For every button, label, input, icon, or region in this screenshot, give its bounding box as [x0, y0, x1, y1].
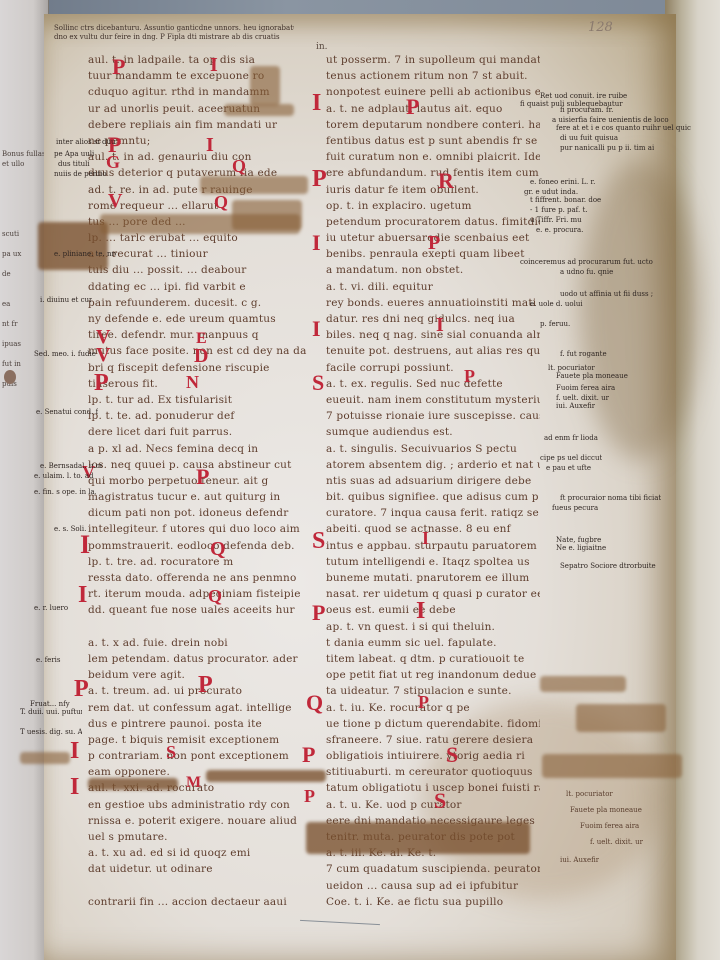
text-line: fuit curatum non e. omnibi plaicrit. Ide… [310, 149, 540, 165]
text-line: ope petit fiat ut reg inandonum dedue [310, 667, 540, 683]
initial-letter: I [312, 316, 321, 342]
marginal-gloss: u Tiffr. Fri. mu [530, 216, 582, 225]
text-line: benibs. penraula exepti quam libeet [310, 246, 540, 262]
text-line: magistratus tucur e. aut quiturg in [72, 489, 312, 505]
text-line: stitiuaburti. m cereurator quotioquus [310, 764, 540, 780]
marginal-gloss: cipe ps uel diccut [540, 454, 602, 463]
marginal-gloss: e. fin. s ope. in la. d [34, 488, 96, 497]
text-line: buneme mutati. pnarutorem ee illum [310, 570, 540, 586]
marginal-gloss: e pau et ufte [546, 464, 591, 473]
marginal-gloss: e. pliniane. te. nre [54, 250, 116, 259]
text-line: bit. quibus signifiee. que adisus cum p [310, 489, 540, 505]
initial-letter: P [94, 370, 109, 397]
facing-page-gloss: ipuas [2, 340, 44, 349]
text-line: a. t. vi. dili. equitur [310, 279, 540, 295]
marginal-gloss: pe Apa uuli [54, 150, 94, 159]
marginal-gloss: pur nanicalli pu p ii. tim ai [560, 144, 654, 153]
text-line: pain refuunderem. ducesit. c g. [72, 295, 312, 311]
marginal-gloss: Fuoim ferea aira [556, 384, 615, 393]
initial-letter: I [70, 774, 79, 801]
initial-letter: I [312, 230, 321, 256]
initial-letter: I [206, 134, 214, 157]
marginal-gloss: iui. Auxefir [556, 402, 595, 411]
initial-letter: N [186, 372, 199, 393]
text-line: tenuite pot. destruens, aut alias res qu… [310, 343, 540, 359]
top-note-line: Sollinc ctrs dicebanturu. Assuntio ganti… [54, 24, 294, 33]
erasure-smudge [38, 222, 108, 270]
text-line: a. t. xu ad. ed si id quoqz emi [72, 845, 312, 861]
text-line: ere abfundandum. rud fentis item cum [310, 165, 540, 181]
marginal-gloss: e. s. Soli. [54, 525, 86, 534]
top-note-line: dno ex vultu dur feire in dng. P Fipla d… [54, 33, 294, 42]
text-line: tenus actionem ritum non 7 st abuit. [310, 68, 540, 84]
text-line: lem petendam. datus procurator. ader [72, 651, 312, 667]
facing-page-gloss: Bonus fullas [2, 150, 44, 159]
facing-page-gloss: de [2, 270, 44, 279]
text-line: beidum vere agit. [72, 667, 312, 683]
text-line: titem labeat. q dtm. p curatiouoit te [310, 651, 540, 667]
marginal-gloss: e. foneo erini. L. r. [530, 178, 595, 187]
marginal-gloss: e. Bernsadal. u.or [40, 462, 102, 471]
initial-letter: I [70, 738, 79, 765]
text-line: ue tione p dictum querendabite. fidomisi [310, 716, 540, 732]
marginal-gloss: Fauete pla moneaue [556, 372, 628, 381]
text-line: 7 potuisse rionaie iure suscepisse. caus… [310, 408, 540, 424]
marginal-gloss: iui. Auxefir [560, 856, 599, 865]
marginal-gloss: i. diuinu et cur [40, 296, 92, 305]
erasure-smudge [20, 752, 70, 764]
text-line: qui morbo perpetuo teneur. ait g [72, 473, 312, 489]
text-line: a. t. singulis. Secuivuarios S pectu [310, 441, 540, 457]
text-line: dus e pintrere paunoi. posta ite [72, 716, 312, 732]
marginal-gloss: Fuoim ferea aira [580, 822, 639, 831]
initial-letter: Q [232, 156, 246, 177]
text-line: datur. res dni neq gidulcs. neq iua [310, 311, 540, 327]
initial-letter: I [210, 54, 218, 77]
marginal-gloss: f. fut rogante [560, 350, 607, 359]
text-line: lp. t. tre. ad. rocuratore m [72, 554, 312, 570]
text-line: nonpotest euinere pelli ab actionibus ex… [310, 84, 540, 100]
marginal-gloss: ad enm fr lioda [544, 434, 598, 443]
initial-letter: P [74, 676, 89, 703]
marginal-gloss: Ne e. ligiaitne [556, 544, 606, 553]
text-line: a. t. u. Ke. uod p curator [310, 797, 540, 813]
marginal-gloss: dus tituli [58, 160, 90, 169]
text-line: Coe. t. i. Ke. ae fictu sua pupillo [310, 894, 540, 910]
text-line: atorem absentem dig. ; arderio et nat uo… [310, 457, 540, 473]
marginal-gloss: fueus pecura [552, 504, 598, 513]
text-line: uel s pmutare. [72, 829, 312, 845]
marginal-gloss: lt. pocuriator [566, 790, 613, 799]
initial-letter: P [198, 672, 213, 699]
marginal-gloss: uodo ut affinia ut fii duss ; [560, 290, 653, 299]
text-line: a p. xl ad. Necs femina decq in [72, 441, 312, 457]
text-line: rt. iterum mouda. adpeciniam fisteipie [72, 586, 312, 602]
erasure-smudge [224, 104, 294, 116]
initial-letter: S [312, 528, 325, 555]
marginal-gloss: e. r. luero [34, 604, 68, 613]
initial-letter: S [312, 370, 324, 396]
text-line: rey bonds. eueres annuatioinstiti mati [310, 295, 540, 311]
text-line: t dania eumm sic uel. fapulate. [310, 635, 540, 651]
top-margin-note: Sollinc ctrs dicebanturu. Assuntio ganti… [54, 24, 294, 42]
initial-letter: I [436, 314, 444, 337]
text-line: a mandatum. non obstet. [310, 262, 540, 278]
text-line: dere licet dari fuit parrus. [72, 424, 312, 440]
text-line: a. t. treum. ad. ui procurato [72, 683, 312, 699]
text-line: op. t. in explaciro. ugetum [310, 198, 540, 214]
facing-page-gloss: ea [2, 300, 44, 309]
erasure-smudge [206, 770, 326, 782]
text-line: a. t. ex. regulis. Sed nuc defette [310, 376, 540, 392]
erasure-smudge [542, 754, 682, 778]
facing-page-gloss: fut in [2, 360, 44, 369]
text-line: ny defende e. ede ureum quamtus [72, 311, 312, 327]
initial-letter: P [312, 166, 327, 193]
marginal-gloss: Sepatro Sociore dtrorbuite [560, 562, 656, 571]
marginal-gloss: Sed. meo. i. fudie. itas [34, 350, 96, 359]
erasure-smudge [232, 200, 302, 230]
ink-blot [4, 370, 16, 384]
text-line: page. t biquis remisit exceptionem [72, 732, 312, 748]
initial-letter: P [418, 692, 429, 713]
initial-letter: V [108, 190, 122, 213]
edge-stain [580, 160, 700, 460]
erasure-smudge [200, 176, 308, 194]
text-line: ressta dato. offerenda ne ans penmno [72, 570, 312, 586]
text-line: ueidon ... causa sup ad ei ipfubitur [310, 878, 540, 894]
marginal-gloss: Fauete pla moneaue [570, 806, 642, 815]
text-line: a. t. x ad. fuie. drein nobi [72, 635, 312, 651]
initial-letter: I [422, 528, 429, 549]
folio-number: 128 [588, 20, 613, 35]
text-line: pommstrauerit. eodloco defenda deb. [72, 538, 312, 554]
marginal-gloss: ft procuraior noma tibi ficiat [560, 494, 661, 503]
initial-letter: P [312, 600, 325, 626]
initial-letter: S [434, 788, 446, 814]
marginal-gloss: f. uelt. dixit. ur [590, 838, 643, 847]
text-line: dat uidetur. ut odinare [72, 861, 312, 877]
marginal-gloss: T. duii. uui. puftum [20, 708, 82, 717]
initial-letter: Q [208, 586, 222, 607]
text-line: contrarii fin ... accion dectaeur aaui [72, 894, 312, 910]
initial-letter: P [428, 232, 440, 255]
initial-letter: I [78, 582, 87, 609]
text-line: debere repliais ain fim mandati ur [72, 117, 312, 133]
text-line: los. neq quuei p. causa abstineur cut [72, 457, 312, 473]
marginal-gloss: e. e. procura. [536, 226, 583, 235]
text-line: tuis diu ... possit. ... deabour [72, 262, 312, 278]
initial-letter: S [166, 742, 176, 763]
initial-letter: I [416, 598, 425, 625]
erasure-smudge [576, 704, 666, 732]
erasure-smudge [540, 676, 626, 692]
marginal-gloss: e. ulaim. l. to. ad [34, 472, 94, 481]
initial-letter: P [464, 366, 475, 387]
text-line: intellegiteur. f utores qui duo loco aim [72, 521, 312, 537]
initial-letter: Q [306, 690, 323, 716]
text-line: rem dat. ut confessum agat. intellige [72, 700, 312, 716]
text-line [72, 619, 312, 635]
text-line: sumque audiendus est. [310, 424, 540, 440]
marginal-gloss: a udno fu. qnie [560, 268, 613, 277]
initial-letter: G [106, 152, 120, 173]
erasure-smudge [88, 778, 178, 790]
text-line: a. t. ne adplaut. lautus ait. equo [310, 101, 540, 117]
text-line [72, 878, 312, 894]
text-line: fentibus datus est p sunt abendis fr se … [310, 133, 540, 149]
erasure-smudge [306, 822, 530, 854]
erasure-smudge [250, 66, 280, 106]
marginal-gloss: t fiffrent. bonar. doe [530, 196, 601, 205]
text-line: obligatiois intiuirere. ytorig aedia ri [310, 748, 540, 764]
initial-letter: Q [214, 192, 228, 213]
text-line: iu utetur abuersaredie scenbaius eet [310, 230, 540, 246]
text-line: iuris datur fe item obuilent. [310, 182, 540, 198]
text-line: ntis suas ad adsuarium dirigere debe [310, 473, 540, 489]
text-line: lp. t. te. ad. ponuderur def [72, 408, 312, 424]
text-line: curatore. 7 inqua causa ferit. ratiqz se [310, 505, 540, 521]
text-line: dicum pati non pot. idoneus defendr [72, 505, 312, 521]
marginal-gloss: e. feris [36, 656, 61, 665]
initial-letter: S [446, 742, 458, 768]
text-line: tutum intelligendi e. Itaqz spoltea us [310, 554, 540, 570]
text-line: eueuit. nam inem constitutum mysterium f… [310, 392, 540, 408]
text-line: en gestioe ubs administratio rdy con [72, 797, 312, 813]
marginal-gloss: p. feruu. [540, 320, 570, 329]
marginal-gloss: coinceremus ad procurarum fut. ucto [520, 258, 653, 267]
facing-page-gloss: et ullo [2, 160, 44, 169]
marginal-gloss: fere at et i e cos quanto ruihr uel quic [556, 124, 691, 133]
text-line: sfraneere. 7 siue. ratu gerere desiera [310, 732, 540, 748]
initial-letter: I [80, 530, 90, 560]
text-line: biles. neq q nag. sine sial conuanda aln… [310, 327, 540, 343]
initial-letter: M [186, 774, 201, 792]
text-line: dd. queant fue nose uales aceeits hur [72, 602, 312, 618]
text-line: rnissa e. poterit exigere. nouare aliud [72, 813, 312, 829]
marginal-gloss: inter alios si duu [56, 138, 116, 147]
text-line: tatum obligatiotu i uscep bonei fuisti r… [310, 780, 540, 796]
initial-letter: D [194, 345, 208, 368]
text-column-right: ut posserm. 7 in supolleum qui mandaturt… [310, 52, 540, 910]
text-line: torem deputarum nondbere conteri. hauc [310, 117, 540, 133]
text-line: ddating ec ... ipi. fid varbit e [72, 279, 312, 295]
initial-letter: I [312, 90, 321, 117]
text-line: petendum procuratorem datus. fimitdie [310, 214, 540, 230]
marginal-gloss: e. uole d. uolui [530, 300, 583, 309]
folio-mark: in. [316, 42, 328, 52]
marginal-gloss: - 1 fure p. paf. t. [530, 206, 588, 215]
text-line: facile corrupi possiunt. [310, 360, 540, 376]
marginal-gloss: nuiis de pentio [54, 170, 107, 179]
text-line: 7 cum quadatum suscipienda. peurator [310, 861, 540, 877]
marginal-gloss: fi procuram. fr. [560, 106, 613, 115]
initial-letter: R [438, 168, 454, 194]
initial-letter: V [96, 344, 110, 367]
initial-letter: P [304, 786, 315, 807]
facing-page-gloss: nt fr [2, 320, 44, 329]
initial-letter: P [196, 464, 209, 490]
initial-letter: P [112, 54, 125, 80]
initial-letter: P [406, 94, 419, 120]
marginal-gloss: T uesis. dig. su. Adic [20, 728, 82, 737]
marginal-gloss: di uu fuit quisua [560, 134, 618, 143]
text-line: p contrariam. non pont exceptionem [72, 748, 312, 764]
initial-letter: P [302, 742, 315, 768]
initial-letter: Q [210, 538, 226, 561]
text-line: ut posserm. 7 in supolleum qui mandatur [310, 52, 540, 68]
marginal-gloss: e. Senatui cond. f. ed [36, 408, 98, 417]
